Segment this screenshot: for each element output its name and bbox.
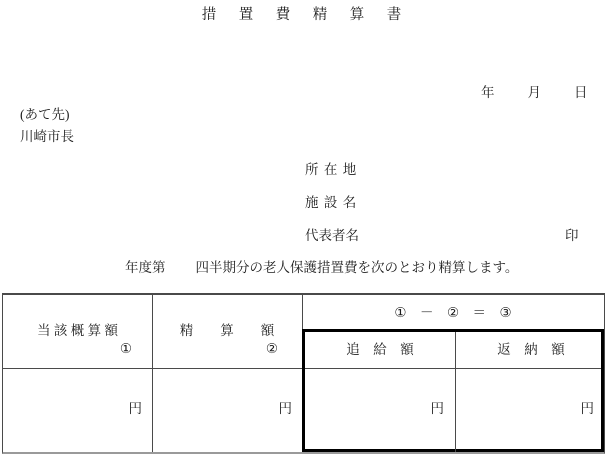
page-title: 措 置 費 精 算 書 [0,3,607,24]
header-settled-amount: 精 算 額 [152,319,302,339]
date-month-label: 月 [528,81,542,101]
settlement-table: 当 該 概 算 額 ① 精 算 額 ② ① － ② ＝ ③ 追 給 額 返 納 … [2,293,605,454]
location-field-label: 所 在 地 [305,158,357,178]
cell-estimated-amount-unit: 円 [3,397,142,417]
cell-refund-unit: 円 [456,397,594,417]
header-additional-payment: 追 給 額 [305,338,455,358]
addressee-name: 川崎市長 [20,125,74,145]
cell-additional-payment-unit: 円 [305,397,444,417]
date-year-label: 年 [481,81,495,101]
date-line: 年 月 日 [481,81,588,101]
addressee-prefix: (あて先) [20,103,70,123]
cell-settled-amount-unit: 円 [152,397,292,417]
date-day-label: 日 [574,81,588,101]
settlement-form-page: 措 置 費 精 算 書 年 月 日 (あて先) 川崎市長 所 在 地 施 設 名… [0,0,607,455]
header-estimated-amount-number: ① [3,341,132,357]
header-formula: ① － ② ＝ ③ [302,301,604,321]
header-refund: 返 納 額 [458,338,604,358]
statement-body: 四半期分の老人保護措置費を次のとおり精算します。 [196,256,519,276]
representative-field-label: 代表者名 [305,224,359,244]
table-divider-col3 [455,332,456,452]
facility-field-label: 施 設 名 [305,191,357,211]
header-estimated-amount: 当 該 概 算 額 [3,319,152,339]
settlement-statement: 年度第 四半期分の老人保護措置費を次のとおり精算します。 [125,256,518,276]
statement-lead: 年度第 [125,256,166,276]
header-settled-amount-number: ② [152,341,278,357]
seal-label: 印 [565,224,579,244]
